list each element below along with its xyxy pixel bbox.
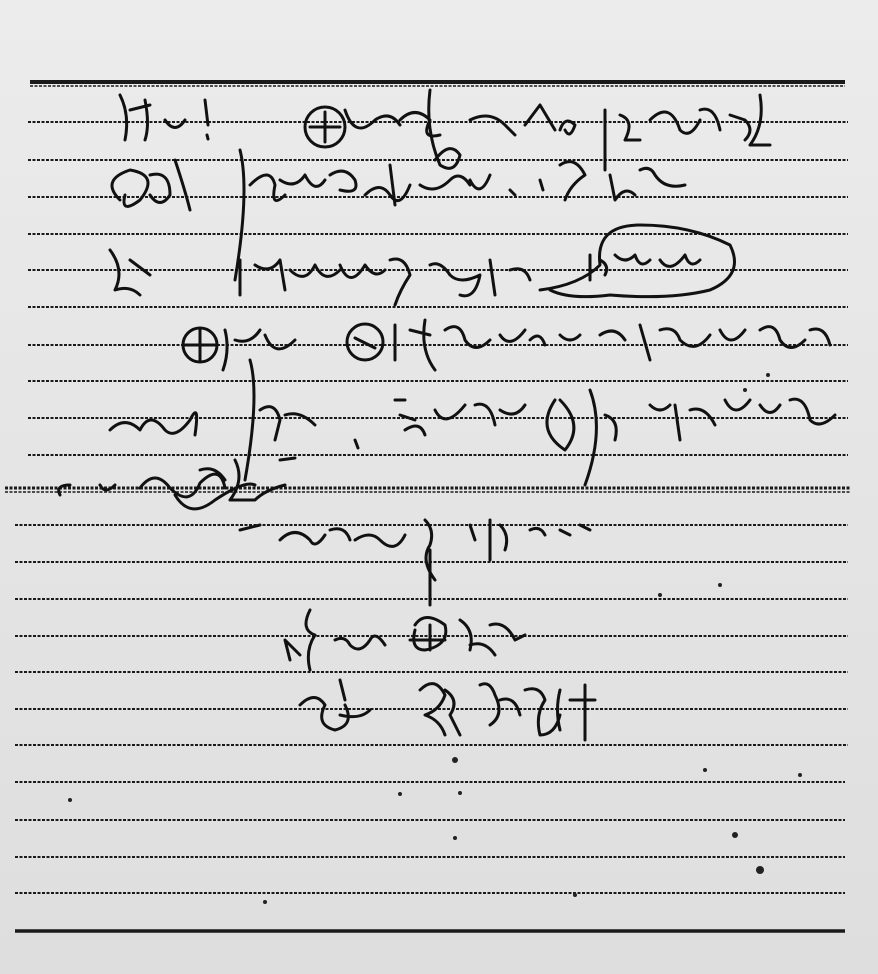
handwriting-line-1: Handwriting line 1 (illegible cursive) (90, 95, 850, 155)
handwriting-line-3: Handwriting line 3 (illegible cursive, i… (90, 225, 850, 300)
handwriting-line-9: Handwriting line 9 (illegible cursive) (290, 670, 620, 750)
handwriting-line-5: Handwriting line 5 (illegible cursive) (90, 385, 850, 455)
handwriting-line-8: Handwriting line 8 (illegible cursive) (280, 605, 580, 675)
handwritten-note-page: Handwriting line 1 (illegible cursive) H… (0, 0, 878, 974)
handwriting-line-2: Handwriting line 2 (illegible cursive) (90, 155, 850, 220)
handwriting-line-7: Handwriting line 7 (illegible cursive) (230, 505, 650, 560)
handwriting-line-4: Handwriting line 4 (illegible cursive) (90, 315, 850, 375)
